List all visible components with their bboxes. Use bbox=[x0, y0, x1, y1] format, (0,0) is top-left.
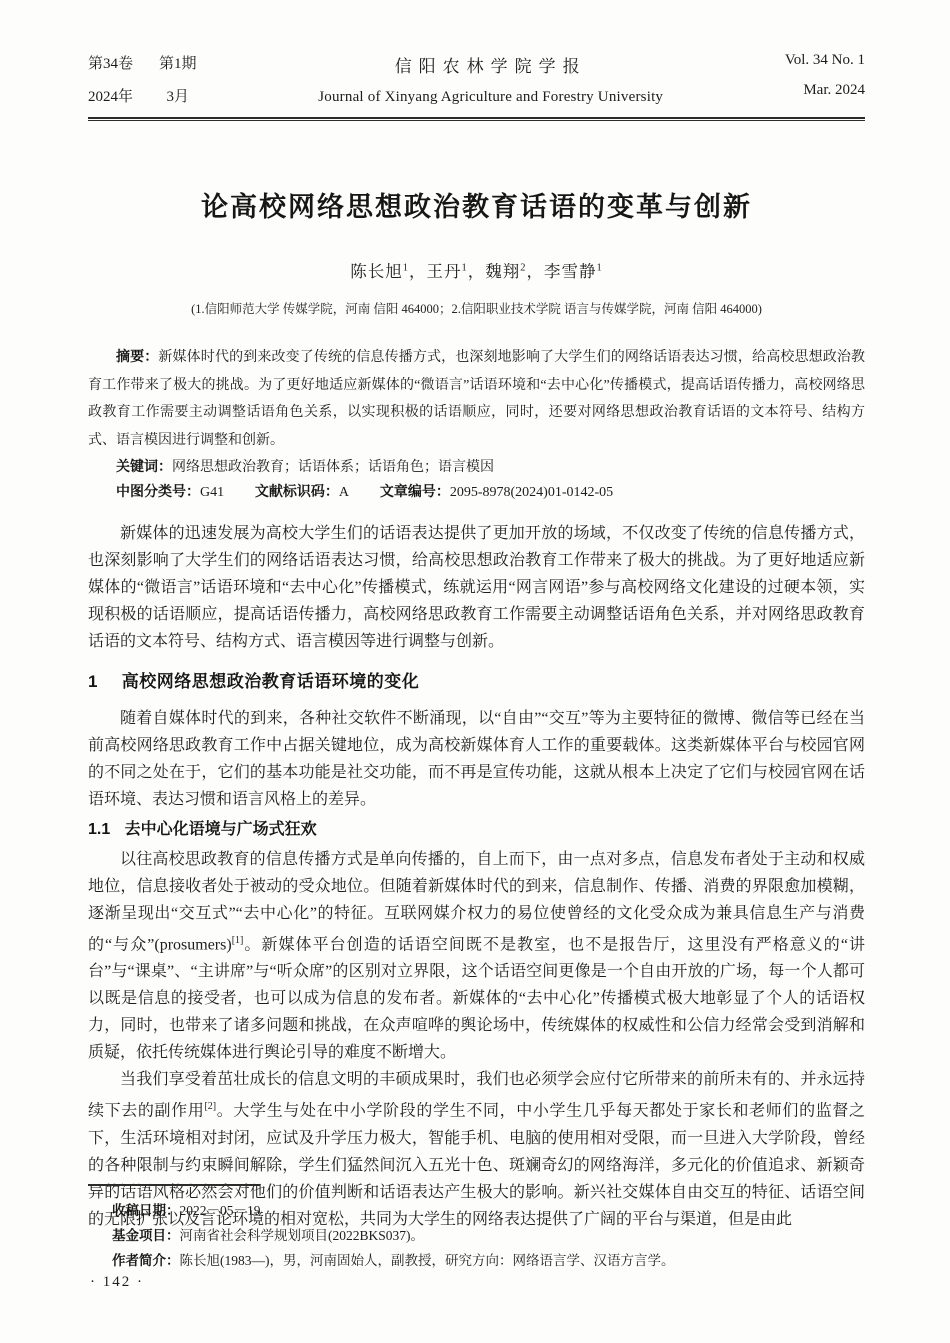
received-date-label: 收稿日期： bbox=[112, 1203, 180, 1218]
fund-project-value: 河南省社会科学规划项目(2022BKS037)。 bbox=[180, 1228, 425, 1243]
page-number-dot: · bbox=[137, 1274, 144, 1290]
fund-project-line: 基金项目：河南省社会科学规划项目(2022BKS037)。 bbox=[112, 1223, 865, 1248]
journal-name-en: Journal of Xinyang Agriculture and Fores… bbox=[197, 89, 785, 106]
abstract-paragraph: 摘要：新媒体时代的到来改变了传统的信息传播方式，也深刻地影响了大学生们的网络话语… bbox=[88, 343, 865, 454]
article-no-label: 文章编号： bbox=[380, 483, 450, 499]
journal-name-block: 信阳农林学院学报 Journal of Xinyang Agriculture … bbox=[197, 52, 785, 106]
intro-paragraph: 新媒体的迅速发展为高校大学生们的话语表达提供了更加开放的场域，不仅改变了传统的信… bbox=[88, 520, 865, 655]
author-separator: ， bbox=[409, 262, 427, 281]
author-bio-label: 作者简介： bbox=[112, 1253, 180, 1268]
date-en: Mar. 2024 bbox=[785, 82, 865, 99]
section-1-1-heading: 1.1去中心化语境与广场式狂欢 bbox=[88, 816, 865, 843]
page-number-value: 142 bbox=[103, 1274, 132, 1290]
issue-cn: 第1期 bbox=[159, 52, 197, 73]
received-date-value: 2022－05－19 bbox=[180, 1203, 261, 1218]
section-1-paragraph: 随着自媒体时代的到来，各种社交软件不断涌现，以“自由”“交互”等为主要特征的微博… bbox=[88, 705, 865, 813]
article-body: 新媒体的迅速发展为高校大学生们的话语表达提供了更加开放的场域，不仅改变了传统的信… bbox=[88, 520, 865, 1233]
section-1-1-paragraph: 以往高校思政教育的信息传播方式是单向传播的，自上而下，由一点对多点，信息发布者处… bbox=[88, 846, 865, 1066]
affiliation-line: (1.信阳师范大学 传媒学院，河南 信阳 464000；2.信阳职业技术学院 语… bbox=[88, 299, 865, 317]
author-line: 陈长旭1，王丹1，魏翔2，李雪静1 bbox=[88, 258, 865, 282]
footnote-area: 收稿日期：2022－05－19 基金项目：河南省社会科学规划项目(2022BKS… bbox=[88, 1184, 865, 1273]
section-1-title: 高校网络思想政治教育话语环境的变化 bbox=[122, 672, 420, 691]
author-separator: ， bbox=[527, 262, 545, 281]
abstract-text: 新媒体时代的到来改变了传统的信息传播方式，也深刻地影响了大学生们的网络话语表达习… bbox=[88, 350, 865, 448]
author: 王丹1 bbox=[427, 262, 468, 281]
month-cn: 3月 bbox=[159, 85, 197, 106]
year-cn: 2024年 bbox=[88, 85, 133, 106]
page-number: · 142 · bbox=[90, 1274, 144, 1291]
section-1-number: 1 bbox=[88, 672, 98, 691]
keywords-line: 关键词：网络思想政治教育；话语体系；话语角色；语言模因 bbox=[88, 455, 865, 479]
volume-cn: 第34卷 bbox=[88, 52, 133, 73]
author: 陈长旭1 bbox=[350, 262, 409, 281]
citation-ref-1: [1] bbox=[232, 935, 244, 946]
keywords-label: 关键词： bbox=[116, 458, 172, 474]
footnote-divider bbox=[88, 1184, 260, 1186]
journal-header: 第34卷 第1期 2024年 3月 信阳农林学院学报 Journal of Xi… bbox=[88, 52, 865, 106]
classification-line: 中图分类号：G41文献标识码：A文章编号：2095-8978(2024)01-0… bbox=[88, 480, 865, 504]
author-affil-sup: 1 bbox=[597, 263, 603, 274]
author: 魏翔2 bbox=[485, 262, 526, 281]
section-1-heading: 1高校网络思想政治教育话语环境的变化 bbox=[88, 668, 865, 695]
author-separator: ， bbox=[468, 262, 486, 281]
citation-ref-2: [2] bbox=[204, 1101, 216, 1112]
header-double-rule bbox=[88, 117, 865, 121]
clc-value: G41 bbox=[200, 485, 224, 500]
article-title: 论高校网络思想政治教育话语的变革与创新 bbox=[88, 185, 865, 224]
header-volume-issue-en: Vol. 34 No. 1 Mar. 2024 bbox=[785, 52, 865, 99]
keywords-text: 网络思想政治教育；话语体系；话语角色；语言模因 bbox=[172, 460, 494, 475]
page-number-dot: · bbox=[90, 1274, 97, 1290]
header-volume-issue-cn: 第34卷 第1期 2024年 3月 bbox=[88, 52, 197, 106]
received-date-line: 收稿日期：2022－05－19 bbox=[112, 1198, 865, 1223]
section-1-1-title: 去中心化语境与广场式狂欢 bbox=[125, 821, 317, 838]
doc-code-label: 文献标识码： bbox=[255, 483, 339, 499]
author: 李雪静1 bbox=[544, 262, 603, 281]
section-1-1-number: 1.1 bbox=[88, 821, 110, 838]
author-bio-line: 作者简介：陈长旭(1983—)，男，河南固始人，副教授，研究方向：网络语言学、汉… bbox=[112, 1248, 865, 1273]
fund-project-label: 基金项目： bbox=[112, 1228, 180, 1243]
abstract-label: 摘要： bbox=[116, 348, 158, 364]
journal-name-cn: 信阳农林学院学报 bbox=[197, 52, 785, 77]
volume-en: Vol. 34 No. 1 bbox=[785, 52, 865, 69]
journal-page: 第34卷 第1期 2024年 3月 信阳农林学院学报 Journal of Xi… bbox=[0, 0, 950, 1343]
clc-label: 中图分类号： bbox=[116, 483, 200, 499]
article-no-value: 2095-8978(2024)01-0142-05 bbox=[450, 485, 613, 500]
author-bio-value: 陈长旭(1983—)，男，河南固始人，副教授，研究方向：网络语言学、汉语方言学。 bbox=[180, 1253, 675, 1268]
doc-code-value: A bbox=[339, 485, 349, 500]
